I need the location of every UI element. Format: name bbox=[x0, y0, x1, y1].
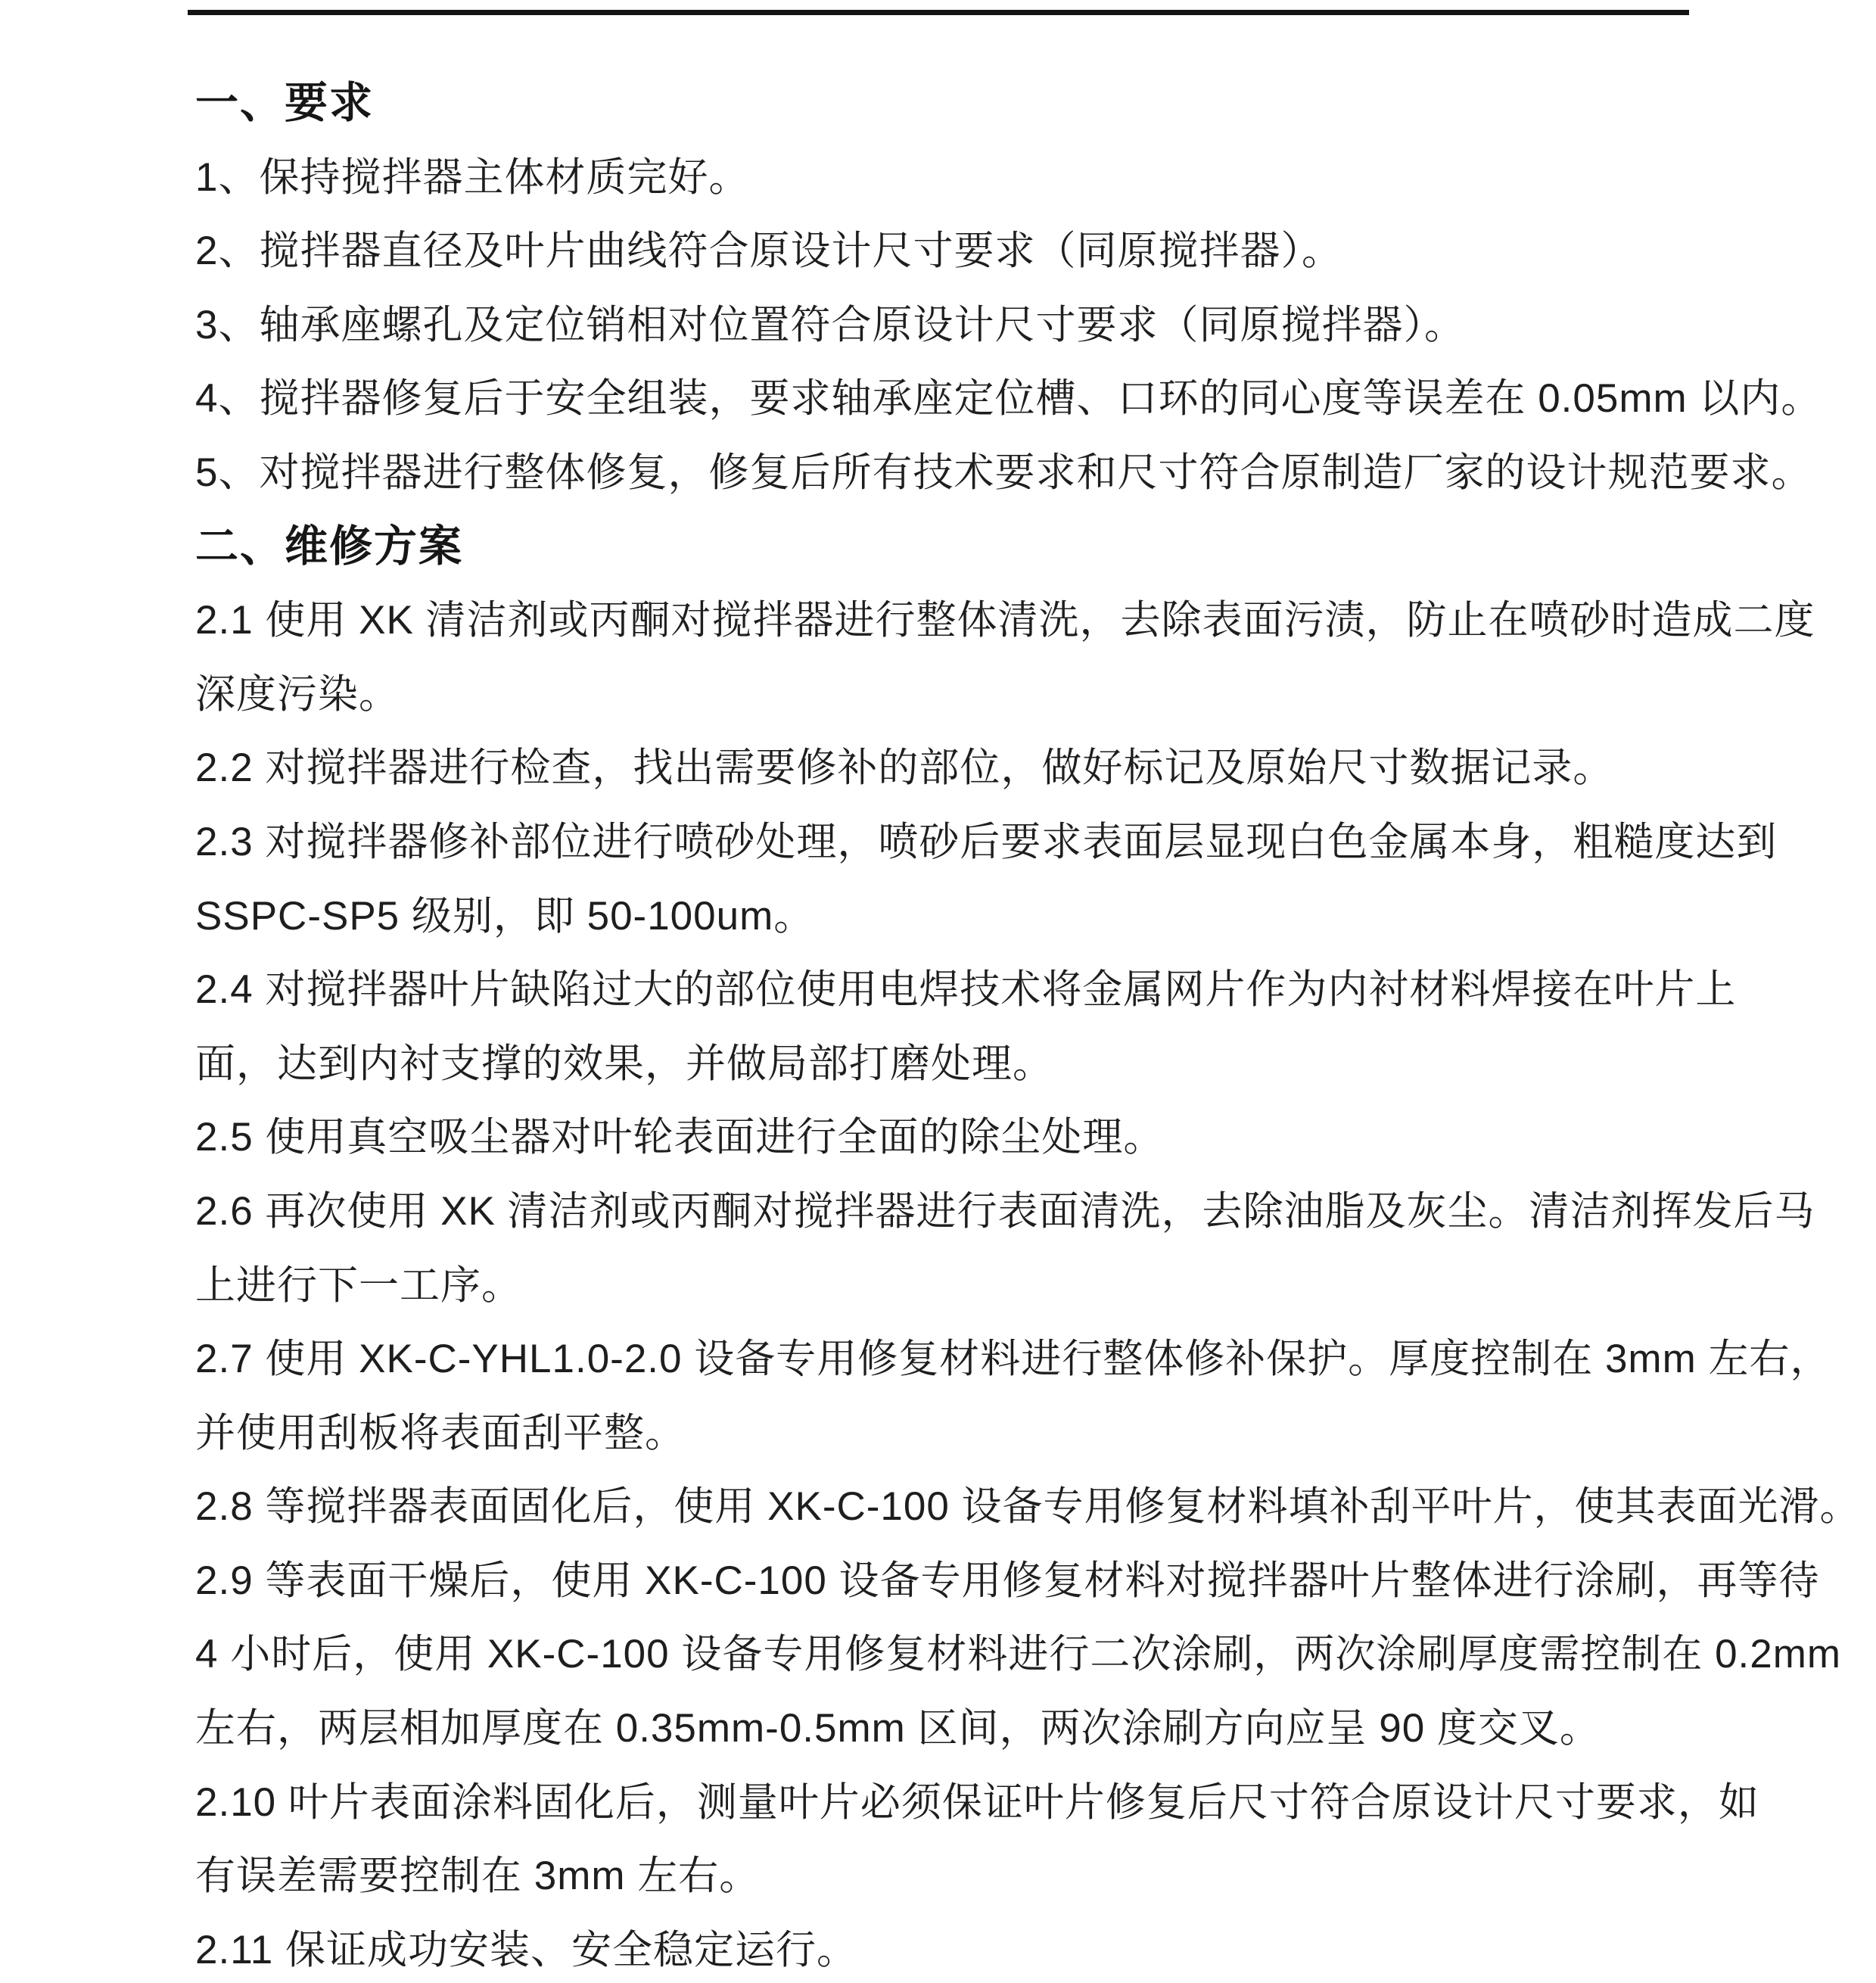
document-content: 一、要求 1、保持搅拌器主体材质完好。 2、搅拌器直径及叶片曲线符合原设计尺寸要… bbox=[195, 67, 1682, 1983]
section-heading-repair-plan: 二、维修方案 bbox=[195, 510, 1682, 584]
text-line-step-2-3-cont: SSPC-SP5 级别，即 50-100um。 bbox=[195, 879, 1682, 954]
text-line-step-2-7: 2.7 使用 XK-C-YHL1.0-2.0 设备专用修复材料进行整体修补保护。… bbox=[195, 1322, 1682, 1396]
text-line-step-2-4: 2.4 对搅拌器叶片缺陷过大的部位使用电焊技术将金属网片作为内衬材料焊接在叶片上 bbox=[195, 953, 1682, 1027]
text-line-step-2-9-cont1: 4 小时后，使用 XK-C-100 设备专用修复材料进行二次涂刷，两次涂刷厚度需… bbox=[195, 1617, 1682, 1692]
text-line-step-2-7-cont: 并使用刮板将表面刮平整。 bbox=[195, 1396, 1682, 1471]
text-line-step-2-6: 2.6 再次使用 XK 清洁剂或丙酮对搅拌器进行表面清洗，去除油脂及灰尘。清洁剂… bbox=[195, 1175, 1682, 1249]
text-line-step-2-1: 2.1 使用 XK 清洁剂或丙酮对搅拌器进行整体清洗，去除表面污渍，防止在喷砂时… bbox=[195, 584, 1682, 658]
text-line-step-2-11: 2.11 保证成功安装、安全稳定运行。 bbox=[195, 1913, 1682, 1983]
text-line-step-2-10-cont: 有误差需要控制在 3mm 左右。 bbox=[195, 1839, 1682, 1913]
text-line-step-2-4-cont: 面，达到内衬支撑的效果，并做局部打磨处理。 bbox=[195, 1027, 1682, 1101]
text-line-step-2-6-cont: 上进行下一工序。 bbox=[195, 1249, 1682, 1323]
text-line-requirement-3: 3、轴承座螺孔及定位销相对位置符合原设计尺寸要求（同原搅拌器）。 bbox=[195, 288, 1682, 363]
text-line-requirement-4: 4、搅拌器修复后于安全组装，要求轴承座定位槽、口环的同心度等误差在 0.05mm… bbox=[195, 362, 1682, 436]
top-border-rule bbox=[188, 10, 1689, 15]
text-line-step-2-9-cont2: 左右，两层相加厚度在 0.35mm-0.5mm 区间，两次涂刷方向应呈 90 度… bbox=[195, 1692, 1682, 1766]
text-line-step-2-1-cont: 深度污染。 bbox=[195, 658, 1682, 732]
text-line-requirement-5: 5、对搅拌器进行整体修复，修复后所有技术要求和尺寸符合原制造厂家的设计规范要求。 bbox=[195, 436, 1682, 510]
text-line-step-2-9: 2.9 等表面干燥后，使用 XK-C-100 设备专用修复材料对搅拌器叶片整体进… bbox=[195, 1544, 1682, 1618]
text-line-step-2-8: 2.8 等搅拌器表面固化后，使用 XK-C-100 设备专用修复材料填补刮平叶片… bbox=[195, 1470, 1682, 1544]
text-line-step-2-2: 2.2 对搅拌器进行检查，找出需要修补的部位，做好标记及原始尺寸数据记录。 bbox=[195, 731, 1682, 805]
text-line-step-2-3: 2.3 对搅拌器修补部位进行喷砂处理，喷砂后要求表面层显现白色金属本身，粗糙度达… bbox=[195, 805, 1682, 879]
document-page: 一、要求 1、保持搅拌器主体材质完好。 2、搅拌器直径及叶片曲线符合原设计尺寸要… bbox=[0, 0, 1876, 1983]
text-line-requirement-2: 2、搅拌器直径及叶片曲线符合原设计尺寸要求（同原搅拌器）。 bbox=[195, 214, 1682, 288]
text-line-step-2-5: 2.5 使用真空吸尘器对叶轮表面进行全面的除尘处理。 bbox=[195, 1100, 1682, 1175]
text-line-step-2-10: 2.10 叶片表面涂料固化后，测量叶片必须保证叶片修复后尺寸符合原设计尺寸要求，… bbox=[195, 1766, 1682, 1840]
text-line-requirement-1: 1、保持搅拌器主体材质完好。 bbox=[195, 141, 1682, 215]
section-heading-requirements: 一、要求 bbox=[195, 67, 1682, 141]
